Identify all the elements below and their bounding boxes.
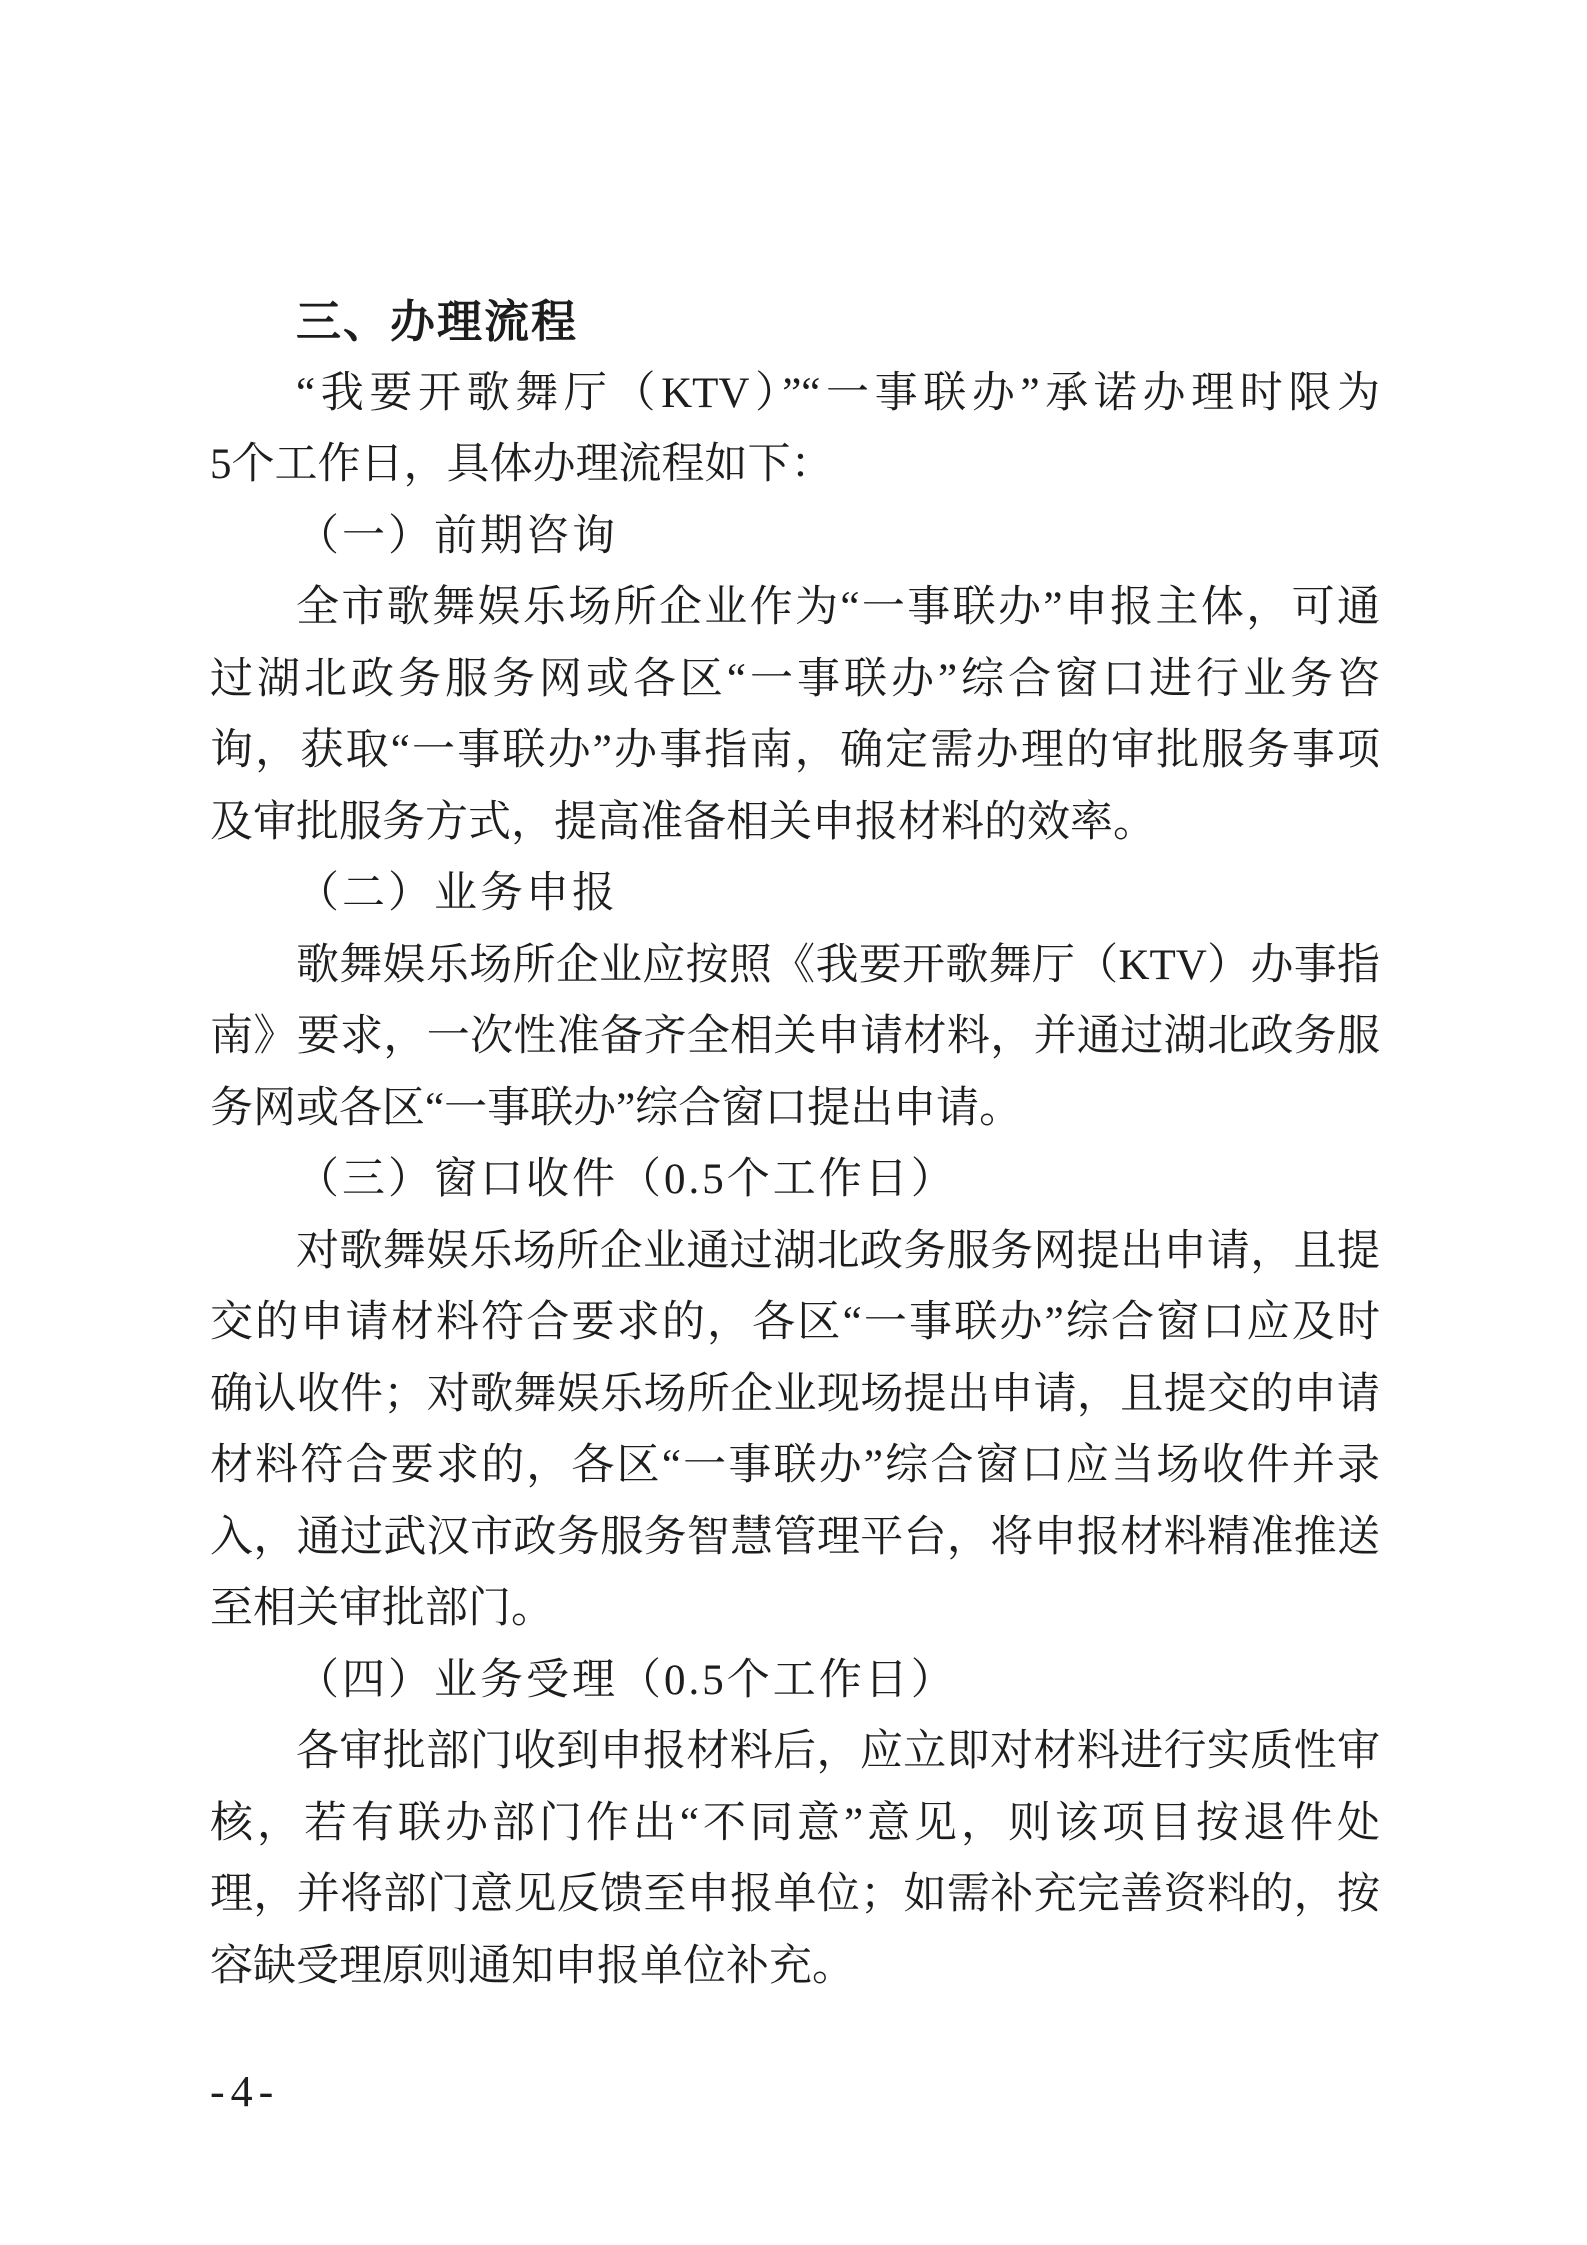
paragraph-line: 过湖北政务服务网或各区“一事联办”综合窗口进行业务咨	[210, 644, 1380, 716]
paragraph-line: “我要开歌舞厅（KTV）”“一事联办”承诺办理时限为	[210, 358, 1380, 430]
subsection-heading-3: （三）窗口收件（0.5个工作日）	[210, 1144, 1380, 1216]
section-heading: 三、办理流程	[210, 286, 1380, 358]
paragraph-line: 入，通过武汉市政务服务智慧管理平台，将申报材料精准推送	[210, 1502, 1380, 1574]
document-page: 三、办理流程 “我要开歌舞厅（KTV）”“一事联办”承诺办理时限为 5个工作日，…	[0, 0, 1587, 2245]
paragraph-line: 对歌舞娱乐场所企业通过湖北政务服务网提出申请，且提	[210, 1216, 1380, 1288]
paragraph-line: 询，获取“一事联办”办事指南，确定需办理的审批服务事项	[210, 715, 1380, 787]
paragraph-line: 交的申请材料符合要求的，各区“一事联办”综合窗口应及时	[210, 1287, 1380, 1359]
paragraph-line: 及审批服务方式，提高准备相关申报材料的效率。	[210, 787, 1380, 859]
paragraph-line: 理，并将部门意见反馈至申报单位；如需补充完善资料的，按	[210, 1859, 1380, 1931]
subsection-heading-1: （一）前期咨询	[210, 501, 1380, 573]
paragraph-line: 材料符合要求的，各区“一事联办”综合窗口应当场收件并录	[210, 1430, 1380, 1502]
page-number: -4-	[210, 2062, 279, 2122]
paragraph-line: 核，若有联办部门作出“不同意”意见，则该项目按退件处	[210, 1788, 1380, 1860]
paragraph-line: 南》要求，一次性准备齐全相关申请材料，并通过湖北政务服	[210, 1001, 1380, 1073]
paragraph-line: 务网或各区“一事联办”综合窗口提出申请。	[210, 1073, 1380, 1145]
paragraph-line: 5个工作日，具体办理流程如下：	[210, 429, 1380, 501]
paragraph-line: 确认收件；对歌舞娱乐场所企业现场提出申请，且提交的申请	[210, 1359, 1380, 1431]
paragraph-line: 容缺受理原则通知申报单位补充。	[210, 1931, 1380, 2003]
subsection-heading-4: （四）业务受理（0.5个工作日）	[210, 1645, 1380, 1717]
paragraph-line: 歌舞娱乐场所企业应按照《我要开歌舞厅（KTV）办事指	[210, 930, 1380, 1002]
paragraph-line: 各审批部门收到申报材料后，应立即对材料进行实质性审	[210, 1716, 1380, 1788]
subsection-heading-2: （二）业务申报	[210, 858, 1380, 930]
paragraph-line: 至相关审批部门。	[210, 1573, 1380, 1645]
paragraph-line: 全市歌舞娱乐场所企业作为“一事联办”申报主体，可通	[210, 572, 1380, 644]
document-body: 三、办理流程 “我要开歌舞厅（KTV）”“一事联办”承诺办理时限为 5个工作日，…	[210, 286, 1380, 2002]
